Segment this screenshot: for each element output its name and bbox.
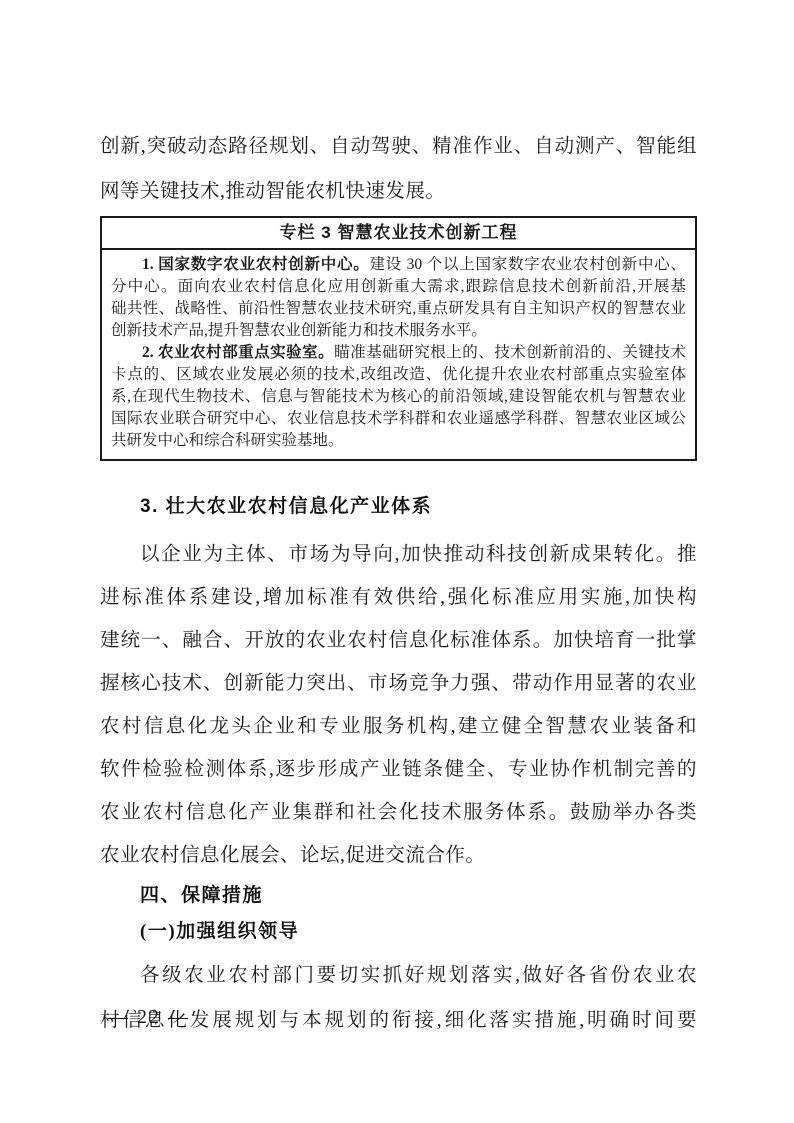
body-line: 农业农村信息化产业集群和社会化技术服务体系。鼓励举办各类	[100, 791, 697, 834]
sub-section-heading-4-1: (一)加强组织领导	[100, 919, 697, 945]
box-title: 专栏 3 智慧农业技术创新工程	[102, 218, 695, 250]
box-paragraph-line: 分中心。面向农业农村信息化应用创新重大需求,跟踪信息技术创新前沿,开展基	[111, 276, 686, 298]
box-paragraph-line: 共研发中心和综合科研实验基地。	[111, 430, 686, 452]
document-page: 创新,突破动态路径规划、自动驾驶、精准作业、自动测产、智能组 网等关键技术,推动…	[0, 0, 794, 1123]
box-paragraph-line: 2. 农业农村部重点实验室。瞄准基础研究根上的、技术创新前沿的、关键技术	[111, 342, 686, 364]
box-paragraph-line: 创新技术产品,提升智慧农业创新能力和技术服务水平。	[111, 320, 686, 342]
box-paragraph-line: 础共性、战略性、前沿性智慧农业技术研究,重点研发具有自主知识产权的智慧农业	[111, 298, 686, 320]
body-line: 建统一、融合、开放的农业农村信息化标准体系。加快培育一批掌	[100, 619, 697, 662]
section-heading-3: 3. 壮大农业农村信息化产业体系	[100, 493, 697, 521]
spacer	[100, 521, 697, 533]
spacer	[100, 945, 697, 953]
box-paragraph-text: 瞄准基础研究根上的、技术创新前沿的、关键技术	[334, 344, 686, 361]
body-line: 进标准体系建设,增加标准有效供给,强化标准应用实施,加快构	[100, 576, 697, 619]
box-paragraph-line: 1. 国家数字农业农村创新中心。建设 30 个以上国家数字农业农村创新中心、	[111, 254, 686, 276]
body-line: 各级农业农村部门要切实抓好规划落实,做好各省份农业农	[100, 953, 697, 998]
box-paragraph-line: 系,在现代生物技术、信息与智能技术为核心的前沿领域,建设智能农机与智慧农业	[111, 386, 686, 408]
body-line: 网等关键技术,推动智能农机快速发展。	[100, 169, 697, 214]
page-content: 创新,突破动态路径规划、自动驾驶、精准作业、自动测产、智能组 网等关键技术,推动…	[100, 124, 697, 1043]
body-line: 农村信息化龙头企业和专业服务机构,建立健全智慧农业装备和	[100, 705, 697, 748]
column-box-3: 专栏 3 智慧农业技术创新工程 1. 国家数字农业农村创新中心。建设 30 个以…	[100, 216, 697, 461]
page-number-footer: — 22 —	[108, 1006, 190, 1029]
body-line: 农业农村信息化展会、论坛,促进交流合作。	[100, 834, 697, 877]
body-line: 握核心技术、创新能力突出、市场竞争力强、带动作用显著的农业	[100, 662, 697, 705]
box-paragraph-text: 建设 30 个以上国家数字农业农村创新中心、	[370, 256, 686, 273]
box-paragraph-line: 国际农业联合研究中心、农业信息技术学科群和农业遥感学科群、智慧农业区域公	[111, 408, 686, 430]
box-paragraph-line: 卡点的、区域农业发展必须的技术,改组改造、优化提升农业农村部重点实验室体	[111, 364, 686, 386]
box-paragraph-lead: 1. 国家数字农业农村创新中心。	[142, 256, 370, 273]
section-heading-4: 四、保障措施	[100, 883, 697, 909]
body-line: 软件检验检测体系,逐步形成产业链条健全、专业协作机制完善的	[100, 748, 697, 791]
body-line: 创新,突破动态路径规划、自动驾驶、精准作业、自动测产、智能组	[100, 124, 697, 169]
body-line: 以企业为主体、市场为导向,加快推动科技创新成果转化。推	[100, 533, 697, 576]
box-paragraph-lead: 2. 农业农村部重点实验室。	[142, 344, 334, 361]
box-body: 1. 国家数字农业农村创新中心。建设 30 个以上国家数字农业农村创新中心、 分…	[102, 250, 695, 459]
